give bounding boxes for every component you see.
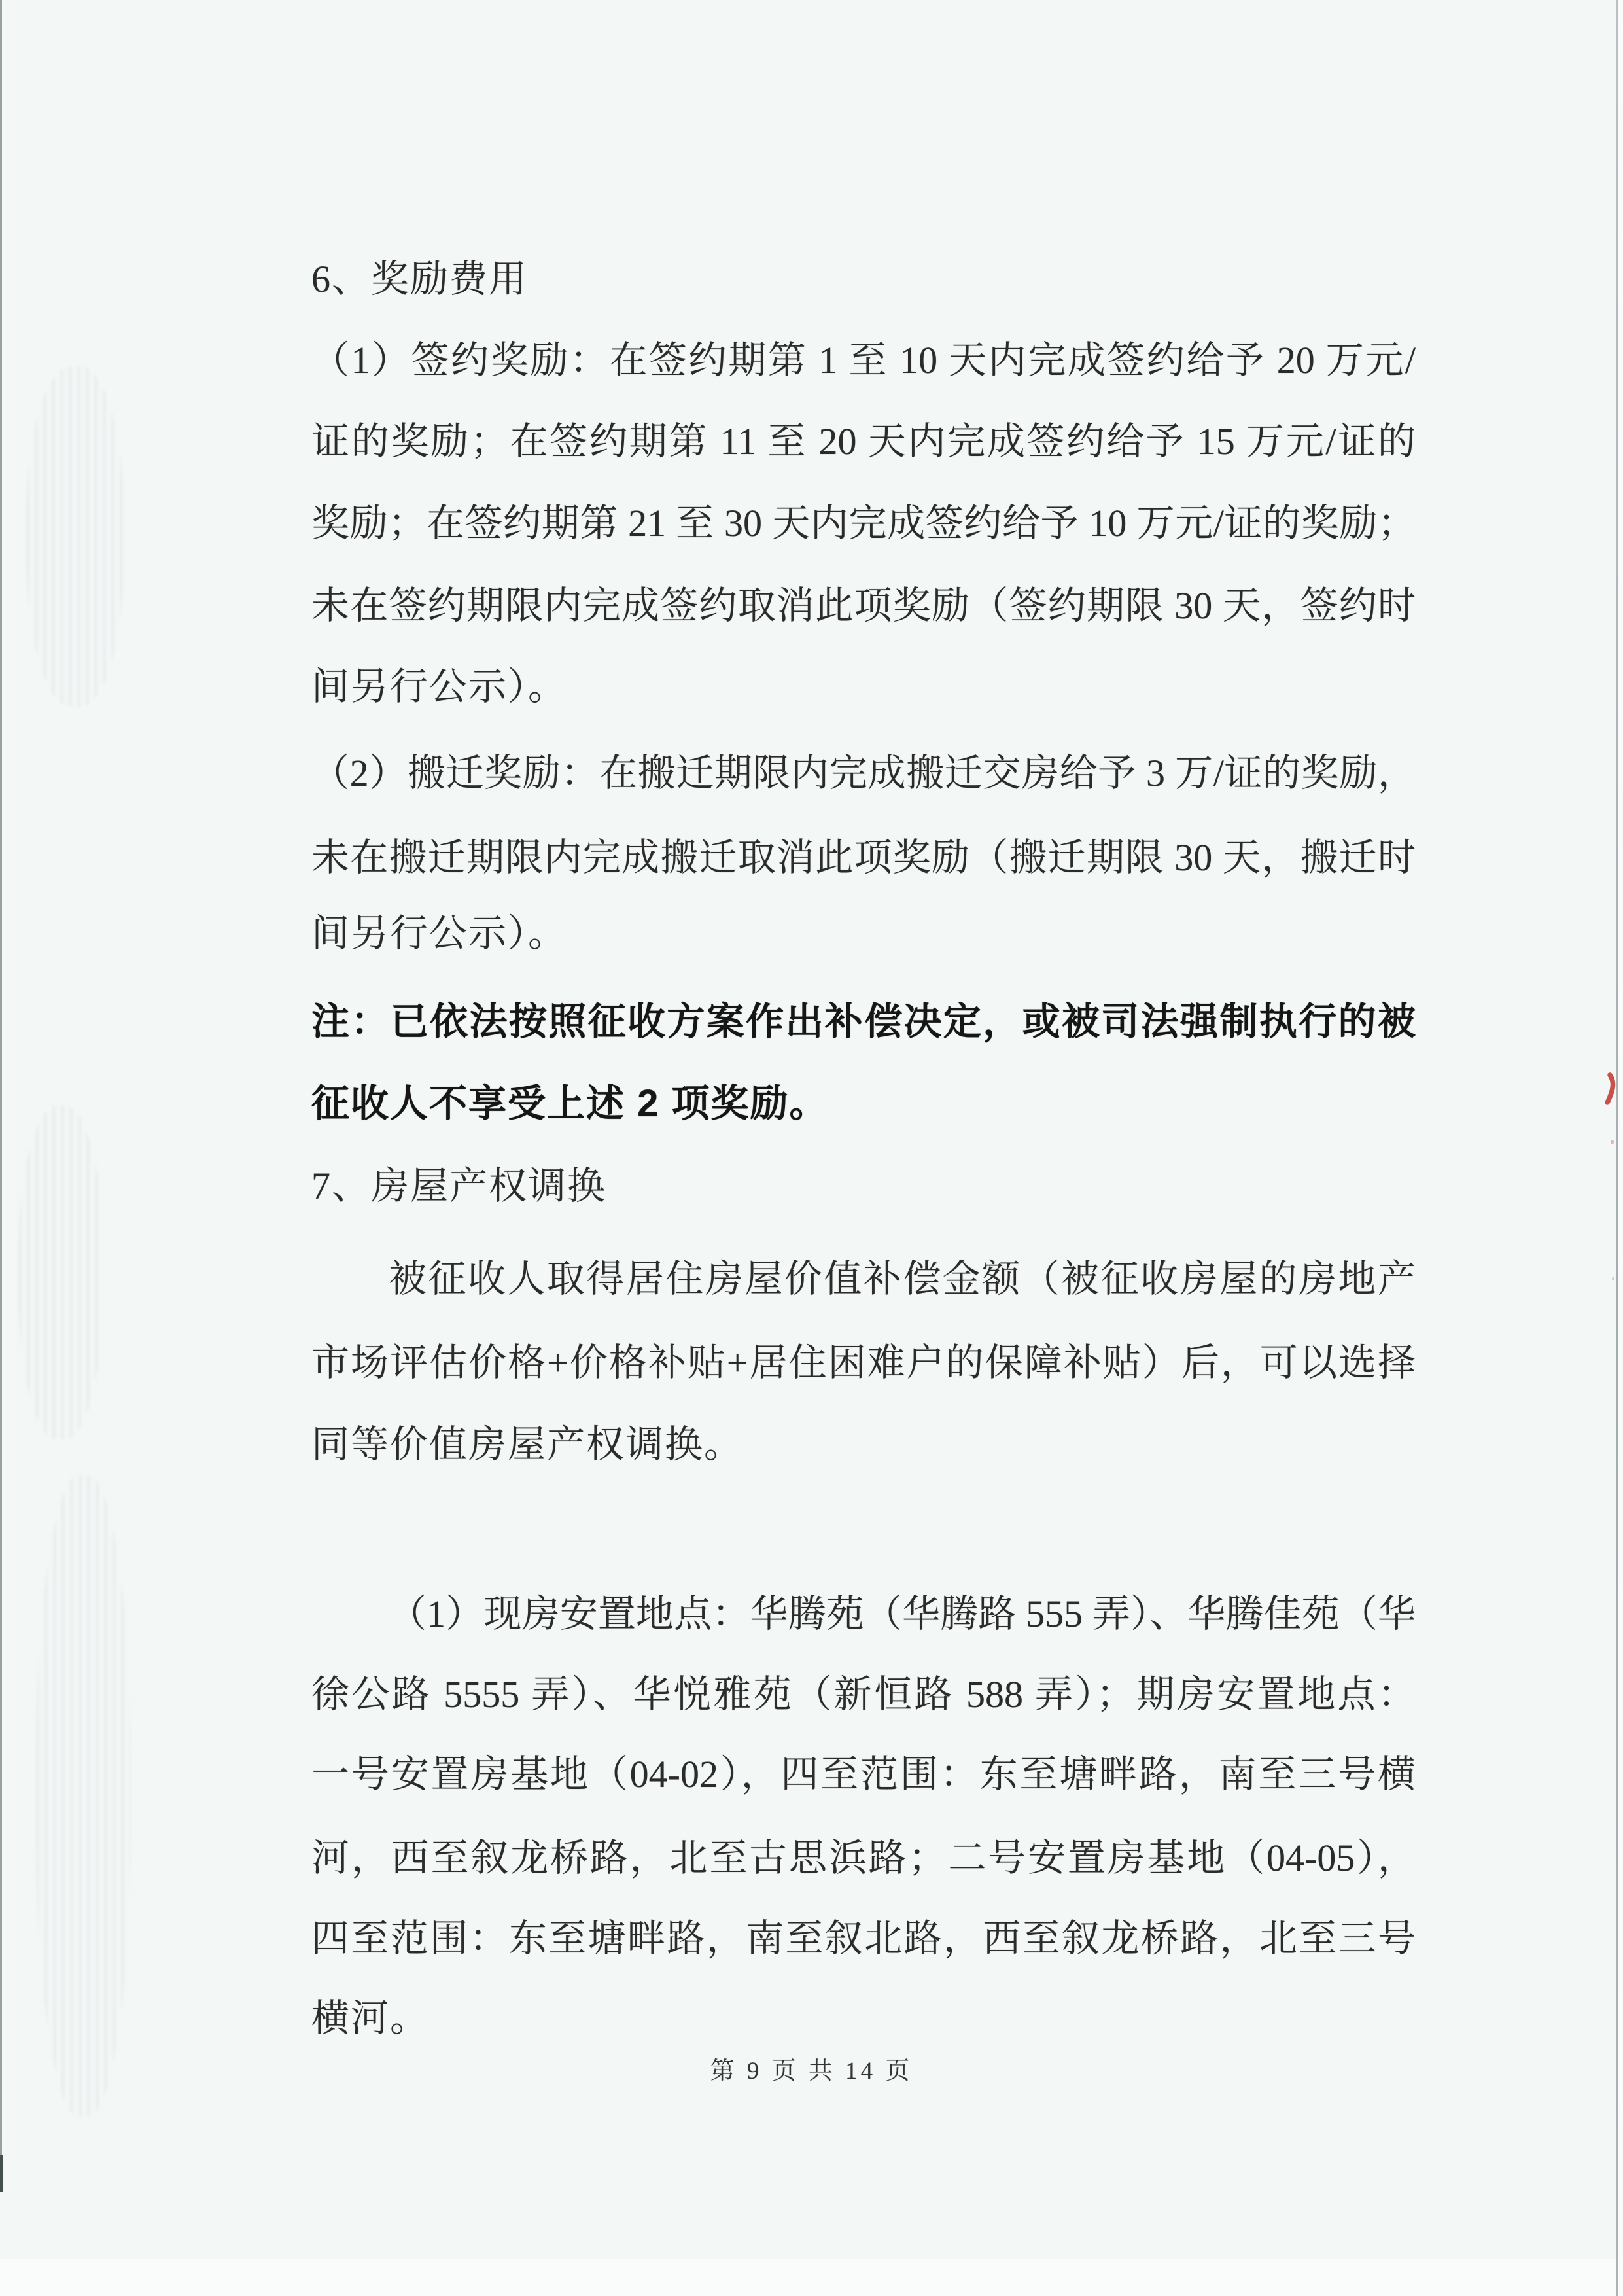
- scan-smudge: [18, 1106, 103, 1439]
- text-line: 6、奖励费用: [311, 257, 1416, 302]
- text-line: 一号安置房基地（04-02），四至范围：东至塘畔路，南至三号横: [311, 1752, 1416, 1797]
- red-ink-dot: [1612, 1277, 1614, 1280]
- text-line: 河，西至叙龙桥路，北至古思浜路；二号安置房基地（04-05），: [311, 1836, 1416, 1881]
- text-line: 证的奖励；在签约期第 11 至 20 天内完成签约给予 15 万元/证的: [311, 419, 1416, 464]
- red-pen-mark-stroke: [1607, 1075, 1613, 1103]
- text-line: 市场评估价格+价格补贴+居住困难户的保障补贴）后，可以选择: [311, 1341, 1416, 1385]
- scanned-document-page: 6、奖励费用 （1）签约奖励：在签约期第 1 至 10 天内完成签约给予 20 …: [0, 0, 1623, 2296]
- scan-smudge: [36, 1475, 131, 2117]
- page-margin-strip-right: [1618, 0, 1623, 2296]
- text-line: 奖励；在签约期第 21 至 30 天内完成签约给予 10 万元/证的奖励；: [311, 501, 1416, 546]
- text-line: （2）搬迁奖励：在搬迁期限内完成搬迁交房给予 3 万/证的奖励，: [311, 751, 1416, 796]
- text-line: 四至范围：东至塘畔路，南至叙北路，西至叙龙桥路，北至三号: [311, 1916, 1416, 1961]
- text-line: 被征收人取得居住房屋价值补偿金额（被征收房屋的房地产: [311, 1257, 1416, 1301]
- text-line: 间另行公示）。: [311, 911, 1416, 956]
- text-line: （1）现房安置地点：华腾苑（华腾路 555 弄）、华腾佳苑（华: [311, 1592, 1416, 1636]
- text-line: 间另行公示）。: [311, 665, 1416, 709]
- text-line-note-bold: 征收人不享受上述 2 项奖励。: [311, 1082, 1416, 1126]
- text-line: 徐公路 5555 弄）、华悦雅苑（新恒路 588 弄）；期房安置地点：: [311, 1672, 1416, 1717]
- text-line: 未在签约期限内完成签约取消此项奖励（签约期限 30 天，签约时: [311, 584, 1416, 628]
- page-edge-line-left-dark: [0, 2155, 3, 2192]
- text-line: （1）签约奖励：在签约期第 1 至 10 天内完成签约给予 20 万元/: [311, 338, 1416, 383]
- page-footer: 第 9 页 共 14 页: [0, 2057, 1623, 2086]
- text-line-note-bold: 注：已依法按照征收方案作出补偿决定，或被司法强制执行的被: [311, 1000, 1416, 1044]
- text-line: 横河。: [311, 1996, 1416, 2041]
- text-line: 未在搬迁期限内完成搬迁取消此项奖励（搬迁期限 30 天，搬迁时: [311, 836, 1416, 880]
- page-edge-line-right: [1616, 0, 1618, 2296]
- page-margin-strip-bottom: [0, 2259, 1623, 2296]
- red-ink-dot: [1611, 1140, 1614, 1144]
- text-line: 同等价值房屋产权调换。: [311, 1422, 1416, 1467]
- page-edge-line-left: [0, 0, 2, 2192]
- red-pen-mark: [1599, 1072, 1616, 1106]
- scan-smudge: [26, 366, 124, 707]
- text-line: 7、房屋产权调换: [311, 1164, 1416, 1209]
